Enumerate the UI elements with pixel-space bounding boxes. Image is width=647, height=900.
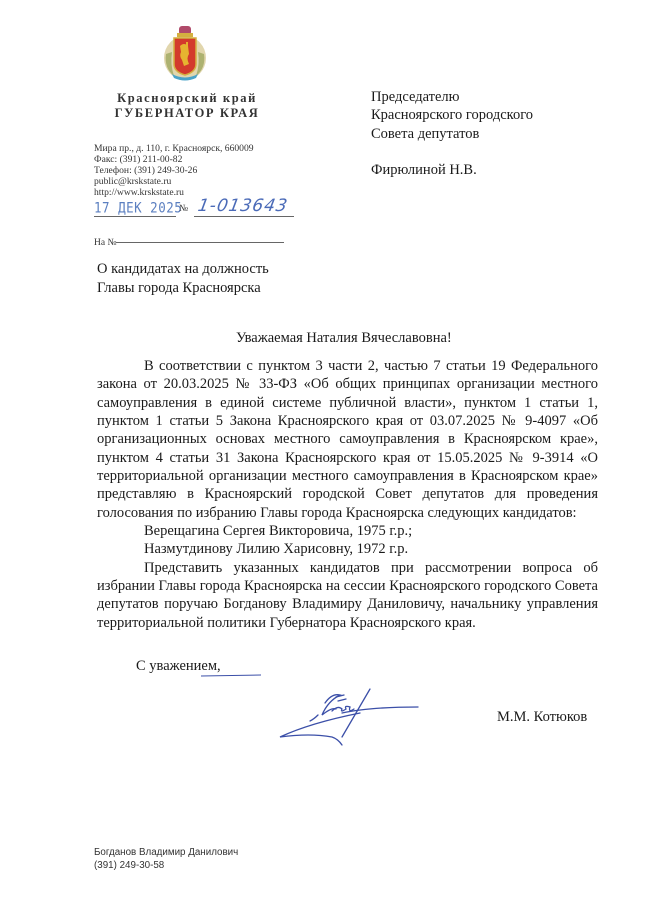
region-name: Красноярский край xyxy=(82,91,292,106)
phone: Телефон: (391) 249-30-26 xyxy=(94,165,254,176)
executor-phone: (391) 249-30-58 xyxy=(94,859,238,872)
authority-title: ГУБЕРНАТОР КРАЯ xyxy=(82,106,292,121)
body-paragraph: В соответствии с пунктом 3 части 2, част… xyxy=(97,357,598,522)
candidate-item: Назмутдинову Лилию Харисовну, 1972 г.р. xyxy=(97,540,598,558)
candidate-item: Верещагина Сергея Викторовича, 1975 г.р.… xyxy=(97,522,598,540)
subject-line: Главы города Красноярска xyxy=(97,279,269,298)
regards-underline-stroke xyxy=(201,674,261,676)
sender-organization: Красноярский край ГУБЕРНАТОР КРАЯ xyxy=(82,91,292,121)
fax: Факс: (391) 211-00-82 xyxy=(94,154,254,165)
recipient-line: Красноярского городского xyxy=(371,106,533,124)
recipient-block: Председателю Красноярского городского Со… xyxy=(371,88,533,180)
coat-of-arms-icon xyxy=(162,24,208,84)
letter-subject: О кандидатах на должность Главы города К… xyxy=(97,260,269,298)
registration-number: 1-013643 xyxy=(196,196,289,216)
salutation: Уважаемая Наталия Вячеславовна! xyxy=(236,330,452,347)
recipient-name: Фирюлиной Н.В. xyxy=(371,161,533,179)
date-stamp: 17 ДЕК 2025 xyxy=(94,199,182,216)
registration-line: 17 ДЕК 2025 № 1-013643 xyxy=(94,200,294,220)
letter-body: В соответствии с пунктом 3 части 2, част… xyxy=(97,357,598,632)
sender-contacts: Мира пр., д. 110, г. Красноярск, 660009 … xyxy=(94,143,254,198)
signature-icon xyxy=(270,685,450,765)
date-underline xyxy=(94,216,176,217)
address: Мира пр., д. 110, г. Красноярск, 660009 xyxy=(94,143,254,154)
reply-to-blank xyxy=(116,242,284,243)
recipient-line: Совета депутатов xyxy=(371,125,533,143)
subject-line: О кандидатах на должность xyxy=(97,260,269,279)
number-label: № xyxy=(179,204,188,214)
executor-info: Богданов Владимир Данилович (391) 249-30… xyxy=(94,846,238,872)
recipient-line: Председателю xyxy=(371,88,533,106)
coat-of-arms-emblem xyxy=(162,24,208,84)
regards-text: С уважением, xyxy=(136,658,221,674)
signer-name: М.М. Котюков xyxy=(497,709,587,726)
reply-to-label: На № xyxy=(94,238,117,248)
handwritten-signature xyxy=(270,685,450,765)
executor-name: Богданов Владимир Данилович xyxy=(94,846,238,859)
email: public@krskstate.ru xyxy=(94,176,254,187)
body-paragraph: Представить указанных кандидатов при рас… xyxy=(97,559,598,632)
reply-to-line: На № xyxy=(94,232,294,250)
number-underline xyxy=(194,216,294,217)
closing-regards: С уважением, xyxy=(136,658,221,675)
